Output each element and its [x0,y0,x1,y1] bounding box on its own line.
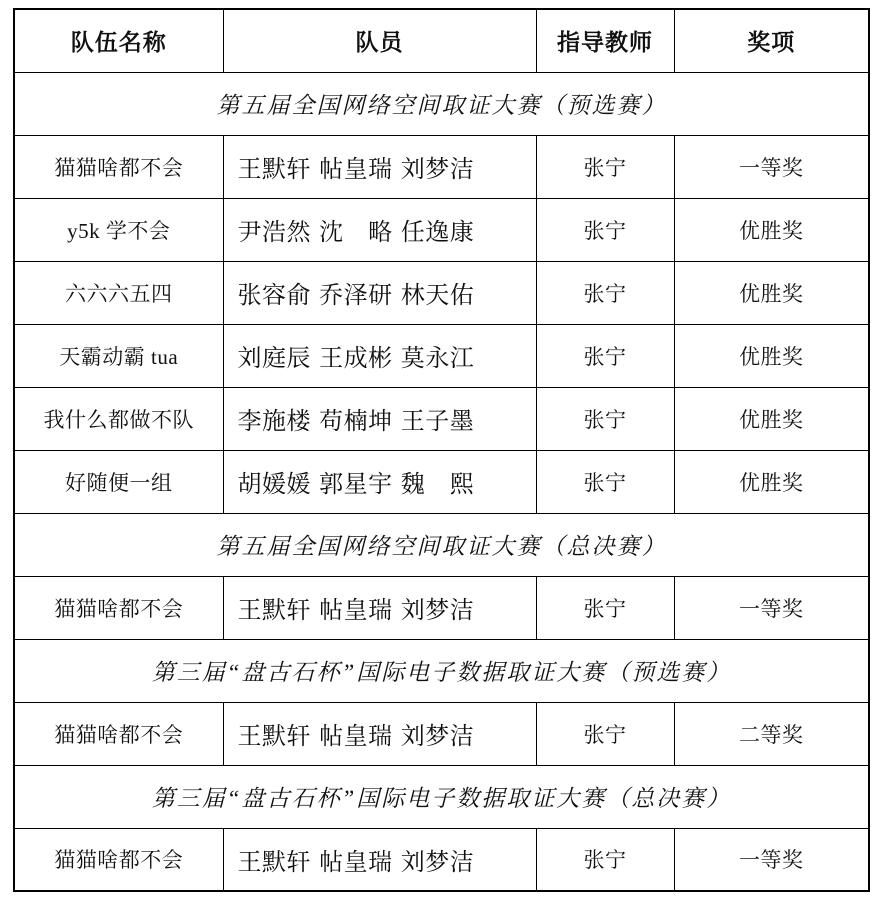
team-name-cell: y5k 学不会 [14,198,223,261]
members-cell: 张容俞 乔泽研 林天佑 [223,261,536,324]
section-row: 第三届“盘古石杯”国际电子数据取证大赛（预选赛） [14,639,869,702]
table-row: 六六六五四 张容俞 乔泽研 林天佑 张宁 优胜奖 [14,261,869,324]
award-cell: 一等奖 [674,576,869,639]
table-row: 好随便一组 胡媛媛 郭星宇 魏 熙 张宁 优胜奖 [14,450,869,513]
team-name-cell: 好随便一组 [14,450,223,513]
advisor-cell: 张宁 [536,576,674,639]
section-row: 第五届全国网络空间取证大赛（总决赛） [14,513,869,576]
advisor-cell: 张宁 [536,450,674,513]
award-cell: 优胜奖 [674,450,869,513]
team-name-cell: 猫猫啥都不会 [14,576,223,639]
team-name-cell: 猫猫啥都不会 [14,828,223,891]
section-row: 第三届“盘古石杯”国际电子数据取证大赛（总决赛） [14,765,869,828]
table-row: y5k 学不会 尹浩然 沈 略 任逸康 张宁 优胜奖 [14,198,869,261]
members-cell: 王默轩 帖皇瑞 刘梦洁 [223,828,536,891]
advisor-cell: 张宁 [536,198,674,261]
header-row: 队伍名称 队员 指导教师 奖项 [14,9,869,72]
awards-table: 队伍名称 队员 指导教师 奖项 第五届全国网络空间取证大赛（预选赛） 猫猫啥都不… [13,8,870,892]
members-cell: 尹浩然 沈 略 任逸康 [223,198,536,261]
team-name-cell: 天霸动霸 tua [14,324,223,387]
section-title: 第五届全国网络空间取证大赛（预选赛） [14,72,869,135]
team-name-cell: 猫猫啥都不会 [14,135,223,198]
table-row: 猫猫啥都不会 王默轩 帖皇瑞 刘梦洁 张宁 一等奖 [14,828,869,891]
award-cell: 优胜奖 [674,387,869,450]
column-header-advisor: 指导教师 [536,9,674,72]
table-row: 猫猫啥都不会 王默轩 帖皇瑞 刘梦洁 张宁 二等奖 [14,702,869,765]
advisor-cell: 张宁 [536,387,674,450]
table-row: 猫猫啥都不会 王默轩 帖皇瑞 刘梦洁 张宁 一等奖 [14,135,869,198]
section-title: 第五届全国网络空间取证大赛（总决赛） [14,513,869,576]
advisor-cell: 张宁 [536,828,674,891]
team-name-cell: 六六六五四 [14,261,223,324]
column-header-award: 奖项 [674,9,869,72]
members-cell: 刘庭辰 王成彬 莫永江 [223,324,536,387]
section-title: 第三届“盘古石杯”国际电子数据取证大赛（总决赛） [14,765,869,828]
advisor-cell: 张宁 [536,135,674,198]
members-cell: 王默轩 帖皇瑞 刘梦洁 [223,135,536,198]
table-row: 天霸动霸 tua 刘庭辰 王成彬 莫永江 张宁 优胜奖 [14,324,869,387]
advisor-cell: 张宁 [536,261,674,324]
advisor-cell: 张宁 [536,702,674,765]
award-cell: 一等奖 [674,828,869,891]
column-header-team-name: 队伍名称 [14,9,223,72]
advisor-cell: 张宁 [536,324,674,387]
column-header-members: 队员 [223,9,536,72]
members-cell: 胡媛媛 郭星宇 魏 熙 [223,450,536,513]
table-row: 我什么都做不队 李施楼 苟楠坤 王子墨 张宁 优胜奖 [14,387,869,450]
award-cell: 二等奖 [674,702,869,765]
team-name-cell: 猫猫啥都不会 [14,702,223,765]
section-title: 第三届“盘古石杯”国际电子数据取证大赛（预选赛） [14,639,869,702]
members-cell: 李施楼 苟楠坤 王子墨 [223,387,536,450]
table-row: 猫猫啥都不会 王默轩 帖皇瑞 刘梦洁 张宁 一等奖 [14,576,869,639]
award-cell: 一等奖 [674,135,869,198]
award-cell: 优胜奖 [674,198,869,261]
section-row: 第五届全国网络空间取证大赛（预选赛） [14,72,869,135]
team-name-cell: 我什么都做不队 [14,387,223,450]
award-cell: 优胜奖 [674,261,869,324]
members-cell: 王默轩 帖皇瑞 刘梦洁 [223,576,536,639]
members-cell: 王默轩 帖皇瑞 刘梦洁 [223,702,536,765]
award-cell: 优胜奖 [674,324,869,387]
